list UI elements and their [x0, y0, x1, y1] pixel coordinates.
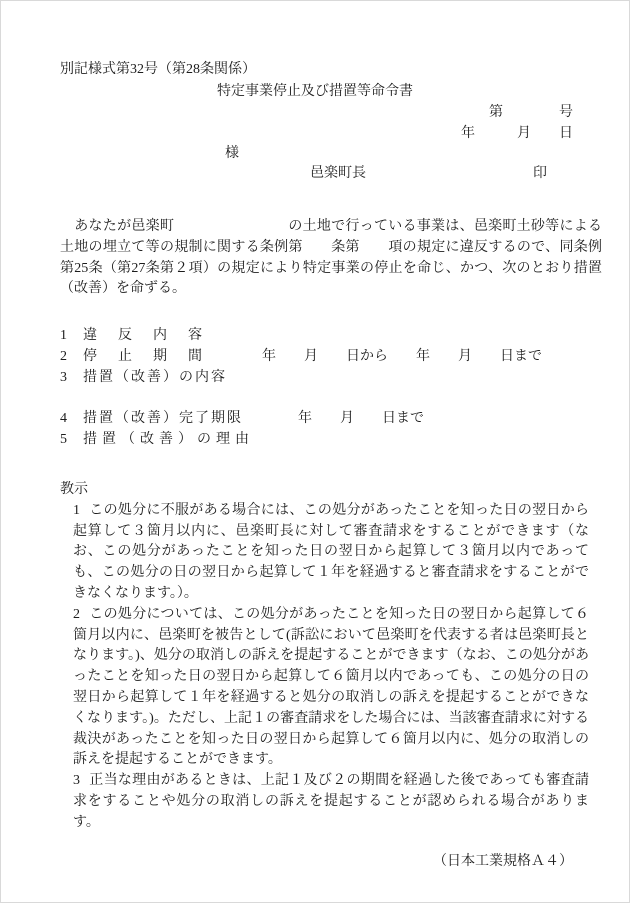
- form-reference: 別記様式第32号（第28条関係）: [60, 60, 256, 81]
- order-item-row-measure-reason: 5 措置（改善）の理由: [60, 430, 620, 451]
- appeal-instruction-item-2: 2この処分については、この処分があったことを知った日の翌日から起算して６箇月以内…: [73, 605, 589, 771]
- order-item-list: 1 違反内容 2 停止期間 年 月 日から 年 月 日まで 3 措置（改善）の内…: [60, 326, 620, 451]
- appeal-item-text: この処分については、この処分があったことを知った日の翌日から起算して６箇月以内に…: [73, 607, 589, 768]
- main-paragraph: あなたが邑楽町 の土地で行っている事業は、邑楽町土砂等による土地の埋立て等の規制…: [60, 217, 602, 300]
- appeal-item-text: この処分に不服がある場合には、この処分があったことを知った日の翌日から起算して３…: [73, 503, 589, 601]
- appeal-instructions-section: 教示 1この処分に不服がある場合には、この処分があったことを知った日の翌日から起…: [60, 480, 590, 834]
- order-item-number: 5: [60, 430, 83, 451]
- addressee-honorific: 様: [225, 144, 239, 165]
- document-title: 特定事業停止及び措置等命令書: [0, 82, 630, 103]
- order-item-number: 4: [60, 409, 83, 430]
- order-item-row-suspension-period: 2 停止期間 年 月 日から 年 月 日まで: [60, 347, 620, 368]
- order-item-label: 措置（改善）完了期限: [83, 409, 243, 430]
- seal-mark: 印: [533, 164, 547, 185]
- appeal-item-number: 1: [73, 503, 80, 518]
- appeal-item-text: 正当な理由があるときは、上記１及び２の期間を経過した後であっても審査請求をするこ…: [73, 773, 589, 830]
- order-document-page: 別記様式第32号（第28条関係） 特定事業停止及び措置等命令書 第 号 年 月 …: [0, 0, 630, 903]
- order-item-row-violation: 1 違反内容: [60, 326, 620, 347]
- order-item-label: 違反内容: [83, 326, 223, 347]
- issuer-title: 邑楽町長: [310, 164, 366, 185]
- order-item-label: 措置（改善）の理由: [83, 430, 254, 451]
- document-number-line: 第 号: [489, 103, 573, 124]
- order-item-label: 停止期間: [83, 347, 223, 368]
- order-item-value: 年 月 日から 年 月 日まで: [262, 347, 542, 368]
- appeal-item-number: 2: [73, 607, 80, 622]
- appeal-item-number: 3: [73, 773, 80, 788]
- appeal-instructions-heading: 教示: [60, 480, 590, 501]
- date-line: 年 月 日: [461, 124, 573, 145]
- paper-size-note: （日本工業規格Ａ４）: [433, 852, 573, 873]
- appeal-instruction-item-1: 1この処分に不服がある場合には、この処分があったことを知った日の翌日から起算して…: [73, 501, 589, 605]
- order-item-row-measure-content: 3 措置（改善）の内容: [60, 368, 620, 389]
- order-item-number: 1: [60, 326, 83, 347]
- order-item-number: 2: [60, 347, 83, 368]
- order-item-row-measure-deadline: 4 措置（改善）完了期限 年 月 日まで: [60, 409, 620, 430]
- order-item-label: 措置（改善）の内容: [83, 368, 227, 389]
- order-item-value: 年 月 日まで: [298, 409, 424, 430]
- appeal-instruction-item-3: 3正当な理由があるときは、上記１及び２の期間を経過した後であっても審査請求をする…: [73, 771, 589, 833]
- order-item-number: 3: [60, 368, 83, 389]
